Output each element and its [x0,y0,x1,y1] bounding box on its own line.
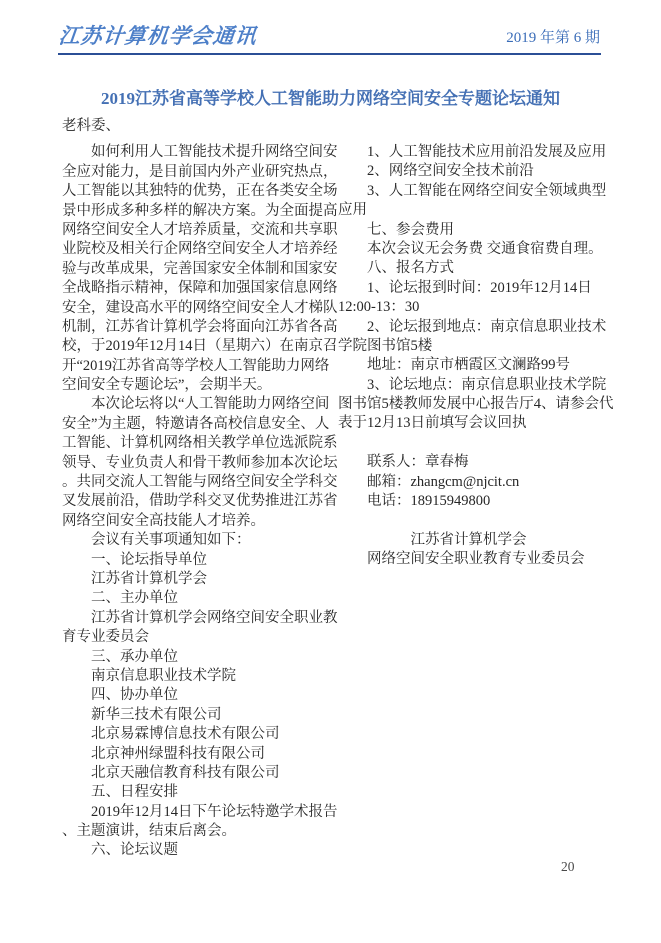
text-line: 网络空间安全人才培养质量，交流和共享职 [62,221,338,240]
text-line: 1、人工智能技术应用前沿发展及应用 [338,143,614,162]
text-line: 二、主办单位 [62,589,338,608]
text-line: 江苏省计算机学会 [62,570,338,589]
text-line: 北京天融信教育科技有限公司 [62,764,338,783]
text-line: 联系人：章春梅 [338,453,614,472]
text-line: 校，于2019年12月14日（星期六）在南京召 [62,337,338,356]
text-line: 七、参会费用 [338,221,614,240]
text-line: 景中形成多种多样的解决方案。为全面提高 [62,202,338,221]
text-line: 地址：南京市栖霞区文澜路99号 [338,356,614,375]
text-line: 3、人工智能在网络空间安全领域典型 [338,182,614,201]
text-line: 新华三技术有限公司 [62,706,338,725]
text-line: 电话：18915949800 [338,492,614,511]
text-line: 全应对能力，是目前国内外产业研究热点， [62,163,338,182]
text-line: 北京易霖博信息技术有限公司 [62,725,338,744]
text-line: 领导、专业负责人和骨干教师参加本次论坛 [62,454,338,473]
header-rule [58,53,601,55]
text-line: 空间安全专题论坛”，会期半天。 [62,376,338,395]
text-line: 表于12月13日前填写会议回执 [338,414,614,433]
text-line: 应用 [338,201,614,220]
text-line: 机制，江苏省计算机学会将面向江苏省各高 [62,318,338,337]
text-line: 四、协办单位 [62,686,338,705]
text-line: 图书馆5楼教师发展中心报告厅4、请参会代 [338,395,614,414]
text-line: 开“2019江苏省高等学校人工智能助力网络 [62,357,338,376]
issue-label: 2019 年第 6 期 [506,26,600,47]
text-line: 一、论坛指导单位 [62,551,338,570]
text-line: 三、承办单位 [62,648,338,667]
text-line: 人工智能以其独特的优势，正在各类安全场 [62,182,338,201]
text-line: 本次论坛将以“人工智能助力网络空间 [62,395,338,414]
text-line: 本次会议无会务费 交通食宿费自理。 [338,240,614,259]
text-line: 业院校及相关行企网络空间安全人才培养经 [62,240,338,259]
text-line: 工智能、计算机网络相关教学单位选派院系 [62,434,338,453]
text-line: 邮箱：zhangcm@njcit.cn [338,473,614,492]
text-line: 江苏省计算机学会网络空间安全职业教 [62,609,338,628]
text-line: 验与改革成果，完善国家安全体制和国家安 [62,260,338,279]
text-line: 网络空间安全高技能人才培养。 [62,512,338,531]
text-line: 12:00-13：30 [338,298,614,317]
text-line: 2019年12月14日下午论坛特邀学术报告 [62,803,338,822]
text-line [338,434,614,453]
text-line: 如何利用人工智能技术提升网络空间安 [62,143,338,162]
text-line: 安全”为主题，特邀请各高校信息安全、人 [62,415,338,434]
text-line: 安全，建设高水平的网络空间安全人才梯队 [62,299,338,318]
text-line: 全战略指示精神，保障和加强国家信息网络 [62,279,338,298]
text-line: 学院图书馆5楼 [338,337,614,356]
text-line: 网络空间安全职业教育专业委员会 [338,550,614,569]
page-number: 20 [561,859,575,875]
text-line [338,511,614,530]
text-line: 1、论坛报到时间：2019年12月14日 [338,279,614,298]
text-line: 会议有关事项通知如下： [62,531,338,550]
journal-logo: 江苏计算机学会通讯 [57,20,258,50]
text-line: 北京神州绿盟科技有限公司 [62,745,338,764]
left-column: 老科委、 如何利用人工智能技术提升网络空间安全应对能力，是目前国内外产业研究热点… [62,117,338,861]
text-line: 六、论坛议题 [62,841,338,860]
text-line: 江苏省计算机学会 [338,531,614,550]
text-line: 。共同交流人工智能与网络空间安全学科交 [62,473,338,492]
text-line: 2、网络空间安全技术前沿 [338,162,614,181]
document-page: 江苏计算机学会通讯 2019 年第 6 期 2019江苏省高等学校人工智能助力网… [0,0,661,943]
text-line: 八、报名方式 [338,259,614,278]
text-line: 五、日程安排 [62,783,338,802]
right-column: 1、人工智能技术应用前沿发展及应用 2、网络空间安全技术前沿 3、人工智能在网络… [338,143,614,570]
text-line: 2、论坛报到地点：南京信息职业技术 [338,318,614,337]
text-line: 育专业委员会 [62,628,338,647]
text-line: 老科委、 [62,117,338,136]
text-line: 南京信息职业技术学院 [62,667,338,686]
text-line: 叉发展前沿，借助学科交叉优势推进江苏省 [62,492,338,511]
text-line: 3、论坛地点：南京信息职业技术学院 [338,376,614,395]
text-line: 、主题演讲，结束后离会。 [62,822,338,841]
notice-title: 2019江苏省高等学校人工智能助力网络空间安全专题论坛通知 [40,84,621,109]
